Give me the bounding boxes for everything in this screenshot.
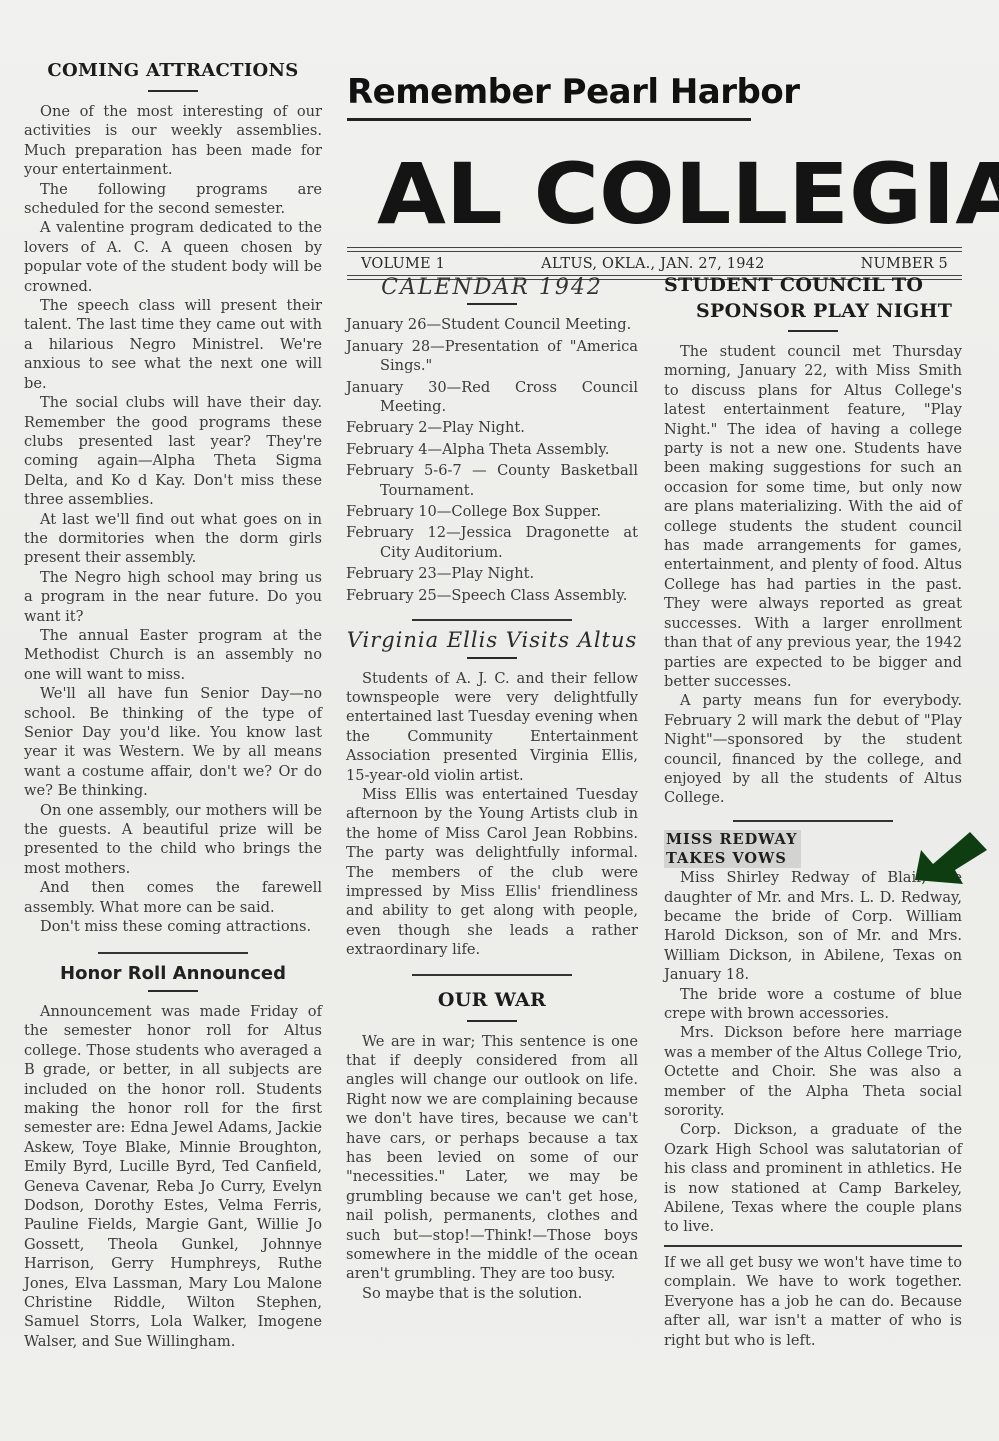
ellis-headline: Virginia Ellis Visits Altus [346, 631, 638, 650]
calendar-entry: February 25—Speech Class Assembly. [346, 586, 638, 605]
issue-number-label: NUMBER 5 [861, 256, 948, 272]
our-war-continued-paragraph: If we all get busy we won't have time to… [664, 1253, 962, 1350]
middle-column: CALENDAR 1942 January 26—Student Council… [346, 278, 638, 1303]
headline-dash [467, 303, 517, 305]
our-war-paragraph: So maybe that is the solution. [346, 1284, 638, 1303]
coming-attractions-paragraph: The Negro high school may bring us a pro… [24, 568, 322, 626]
left-column: COMING ATTRACTIONS One of the most inter… [24, 58, 322, 1351]
our-war-headline: OUR WAR [346, 986, 638, 1014]
section-divider [733, 820, 893, 822]
coming-attractions-paragraph: One of the most interesting of our activ… [24, 102, 322, 180]
section-divider [412, 619, 572, 621]
slogan: Remember Pearl Harbor [347, 70, 962, 114]
coming-attractions-paragraph: We'll all have fun Senior Day—no school.… [24, 684, 322, 800]
coming-attractions-paragraph: And then comes the farewell assembly. Wh… [24, 878, 322, 917]
calendar-entry: January 28—Presentation of "America Sing… [346, 337, 638, 376]
headline-line: MISS REDWAY [666, 830, 797, 849]
calendar-entry: February 10—College Box Supper. [346, 502, 638, 521]
calendar-entry: January 26—Student Council Meeting. [346, 315, 638, 334]
calendar-entry: January 30—Red Cross Council Meeting. [346, 378, 638, 417]
headline-line: TAKES VOWS [666, 849, 797, 868]
ellis-paragraph: Miss Ellis was entertained Tuesday after… [346, 785, 638, 960]
right-column: STUDENT COUNCIL TO SPONSOR PLAY NIGHT Th… [664, 272, 962, 1350]
coming-attractions-paragraph: On one assembly, our mothers will be the… [24, 801, 322, 879]
student-council-headline: STUDENT COUNCIL TO SPONSOR PLAY NIGHT [664, 272, 962, 324]
calendar-headline: CALENDAR 1942 [346, 278, 638, 297]
our-war-paragraph: We are in war; This sentence is one that… [346, 1032, 638, 1284]
redway-headline: MISS REDWAY TAKES VOWS [664, 830, 801, 868]
section-divider [412, 974, 572, 976]
redway-paragraph: Corp. Dickson, a graduate of the Ozark H… [664, 1120, 962, 1236]
coming-attractions-paragraph: The speech class will present their tale… [24, 296, 322, 393]
honor-roll-headline: Honor Roll Announced [24, 964, 322, 983]
ellis-paragraph: Students of A. J. C. and their fellow to… [346, 669, 638, 785]
headline-dash [148, 990, 198, 992]
newspaper-page: COMING ATTRACTIONS One of the most inter… [0, 0, 999, 1441]
headline-dash [788, 330, 838, 332]
calendar-entry: February 4—Alpha Theta Assembly. [346, 440, 638, 459]
headline-line: STUDENT COUNCIL TO [664, 272, 962, 298]
masthead: Remember Pearl Harbor AL COLLEGIAN VOLUM… [347, 70, 962, 280]
calendar-entry: February 23—Play Night. [346, 564, 638, 583]
volume-label: VOLUME 1 [361, 256, 445, 272]
coming-attractions-paragraph: The social clubs will have their day. Re… [24, 393, 322, 509]
redway-paragraph: The bride wore a costume of blue crepe w… [664, 985, 962, 1024]
arrow-down-left-icon [915, 832, 987, 888]
headline-dash [467, 657, 517, 659]
student-council-paragraph: A party means fun for everybody. Februar… [664, 691, 962, 807]
calendar-entry: February 2—Play Night. [346, 418, 638, 437]
redway-paragraph: Mrs. Dickson before here marriage was a … [664, 1023, 962, 1120]
headline-dash [148, 90, 198, 92]
honor-roll-paragraph: Announcement was made Friday of the seme… [24, 1002, 322, 1351]
coming-attractions-paragraph: Don't miss these coming attractions. [24, 917, 322, 936]
coming-attractions-headline: COMING ATTRACTIONS [24, 58, 322, 84]
section-divider [98, 952, 248, 954]
headline-line: SPONSOR PLAY NIGHT [664, 298, 962, 324]
headline-dash [467, 1020, 517, 1022]
newspaper-title: AL COLLEGIAN [377, 149, 997, 239]
student-council-paragraph: The student council met Thursday morning… [664, 342, 962, 691]
coming-attractions-paragraph: A valentine program dedicated to the lov… [24, 218, 322, 296]
coming-attractions-paragraph: The annual Easter program at the Methodi… [24, 626, 322, 684]
calendar-entry: February 5-6-7 — County Basketball Tourn… [346, 461, 638, 500]
section-divider [664, 1245, 962, 1247]
coming-attractions-paragraph: The following programs are scheduled for… [24, 180, 322, 219]
coming-attractions-paragraph: At last we'll find out what goes on in t… [24, 510, 322, 568]
slogan-underline [347, 118, 751, 121]
place-date-label: ALTUS, OKLA., JAN. 27, 1942 [541, 256, 764, 272]
calendar-entry: February 12—Jessica Dragonette at City A… [346, 523, 638, 562]
